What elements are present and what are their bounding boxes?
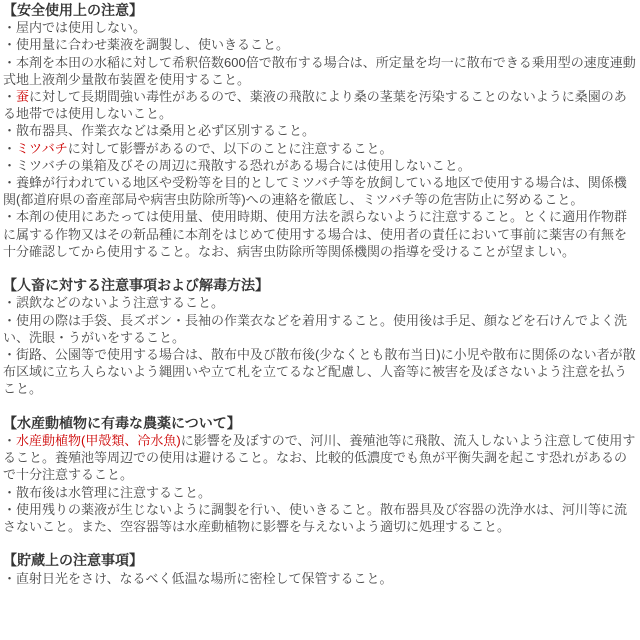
section-item: ・使用量に合わせ薬液を調製し、使いきること。 — [3, 36, 637, 53]
item-text: に対して影響があるので、以下のことに注意すること。 — [68, 141, 393, 156]
item-text: ・本剤を本田の水稲に対して希釈倍数600倍で散布する場合は、所定量を均一に散布で… — [3, 55, 636, 87]
section-item: ・使用の際は手袋、長ズボン・長袖の作業衣などを着用すること。使用後は手足、顔など… — [3, 312, 637, 346]
item-text: ・街路、公園等で使用する場合は、散布中及び散布後(少なくとも散布当日)に小児や散… — [3, 347, 636, 396]
section-2: 【水産動植物に有毒な農薬について】・水産動植物(甲殻類、冷水魚)に影響を及ぼすの… — [3, 415, 637, 535]
item-text: ・誤飲などのないよう注意すること。 — [3, 295, 224, 310]
section-item: ・屋内では使用しない。 — [3, 19, 637, 36]
section-item: ・散布後は水管理に注意すること。 — [3, 484, 637, 501]
item-text: ・直射日光をさけ、なるべく低温な場所に密栓して保管すること。 — [3, 571, 392, 586]
section-heading: 【安全使用上の注意】 — [3, 2, 637, 19]
section-heading: 【貯蔵上の注意事項】 — [3, 552, 637, 569]
section-heading: 【水産動植物に有毒な農薬について】 — [3, 415, 637, 432]
section-item: ・直射日光をさけ、なるべく低温な場所に密栓して保管すること。 — [3, 570, 637, 587]
section-item: ・ミツバチの巣箱及びその周辺に飛散する恐れがある場合には使用しないこと。 — [3, 157, 637, 174]
item-text: ・使用残りの薬液が生じないように調製を行い、使いきること。散布器具及び容器の洗浄… — [3, 502, 627, 534]
item-text: ・ — [3, 89, 16, 104]
section-item: ・使用残りの薬液が生じないように調製を行い、使いきること。散布器具及び容器の洗浄… — [3, 501, 637, 535]
section-item: ・本剤の使用にあたっては使用量、使用時期、使用方法を誤らないように注意すること。… — [3, 208, 637, 260]
section-0: 【安全使用上の注意】・屋内では使用しない。・使用量に合わせ薬液を調製し、使いきる… — [3, 2, 637, 260]
section-item: ・ミツバチに対して影響があるので、以下のことに注意すること。 — [3, 140, 637, 157]
item-text: ・養蜂が行われている地区や受粉等を目的としてミツバチ等を放飼している地区で使用す… — [3, 175, 627, 207]
highlighted-term: 蚕 — [16, 89, 29, 104]
section-item: ・街路、公園等で使用する場合は、散布中及び散布後(少なくとも散布当日)に小児や散… — [3, 346, 637, 398]
section-item: ・蚕に対して長期間強い毒性があるので、薬液の飛散により桑の茎葉を汚染することのな… — [3, 88, 637, 122]
highlighted-term: ミツバチ — [16, 141, 68, 156]
section-item: ・養蜂が行われている地区や受粉等を目的としてミツバチ等を放飼している地区で使用す… — [3, 174, 637, 208]
section-1: 【人畜に対する注意事項および解毒方法】・誤飲などのないよう注意すること。・使用の… — [3, 277, 637, 397]
section-heading: 【人畜に対する注意事項および解毒方法】 — [3, 277, 637, 294]
section-item: ・誤飲などのないよう注意すること。 — [3, 294, 637, 311]
highlighted-term: 水産動植物(甲殻類、冷水魚) — [16, 433, 181, 448]
item-text: ・散布器具、作業衣などは桑用と必ず区別すること。 — [3, 123, 315, 138]
section-3: 【貯蔵上の注意事項】・直射日光をさけ、なるべく低温な場所に密栓して保管すること。 — [3, 552, 637, 586]
section-item: ・本剤を本田の水稲に対して希釈倍数600倍で散布する場合は、所定量を均一に散布で… — [3, 54, 637, 88]
item-text: ・使用の際は手袋、長ズボン・長袖の作業衣などを着用すること。使用後は手足、顔など… — [3, 313, 627, 345]
item-text: ・屋内では使用しない。 — [3, 20, 146, 35]
item-text: ・ — [3, 141, 16, 156]
item-text: に対して長期間強い毒性があるので、薬液の飛散により桑の茎葉を汚染することのないよ… — [3, 89, 627, 121]
item-text: ・本剤の使用にあたっては使用量、使用時期、使用方法を誤らないように注意すること。… — [3, 209, 627, 258]
pesticide-label-document: 【安全使用上の注意】・屋内では使用しない。・使用量に合わせ薬液を調製し、使いきる… — [0, 0, 640, 587]
item-text: ・ミツバチの巣箱及びその周辺に飛散する恐れがある場合には使用しないこと。 — [3, 158, 471, 173]
item-text: ・散布後は水管理に注意すること。 — [3, 485, 211, 500]
item-text: ・ — [3, 433, 16, 448]
item-text: ・使用量に合わせ薬液を調製し、使いきること。 — [3, 37, 289, 52]
section-item: ・散布器具、作業衣などは桑用と必ず区別すること。 — [3, 122, 637, 139]
section-item: ・水産動植物(甲殻類、冷水魚)に影響を及ぼすので、河川、養殖池等に飛散、流入しな… — [3, 432, 637, 484]
